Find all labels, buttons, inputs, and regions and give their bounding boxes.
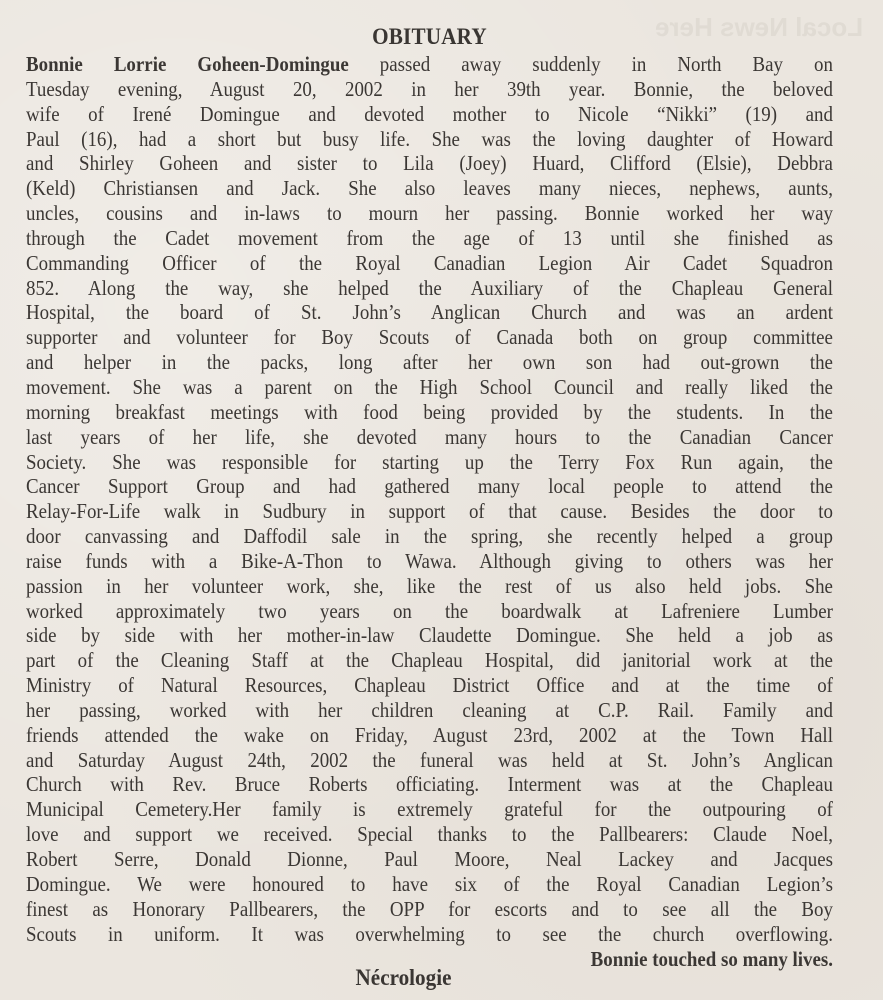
- article-line: last years of her life, she devoted many…: [26, 425, 833, 450]
- article-title: OBITUARY: [58, 22, 800, 52]
- obituary-article: OBITUARY Bonnie Lorrie Goheen-Domingue p…: [26, 22, 833, 972]
- article-line: Robert Serre, Donald Dionne, Paul Moore,…: [26, 847, 833, 872]
- article-line: Tuesday evening, August 20, 2002 in her …: [26, 77, 833, 102]
- article-line: Domingue. We were honoured to have six o…: [26, 872, 833, 897]
- deceased-name: Bonnie Lorrie Goheen-Domingue: [26, 52, 349, 76]
- article-line: Ministry of Natural Resources, Chapleau …: [26, 673, 833, 698]
- article-line: Cancer Support Group and had gathered ma…: [26, 474, 833, 499]
- next-section-title: Nécrologie: [32, 965, 774, 991]
- article-line: Municipal Cemetery.Her family is extreme…: [26, 797, 833, 822]
- article-line: Paul (16), had a short but busy life. Sh…: [26, 127, 833, 152]
- article-line: Commanding Officer of the Royal Canadian…: [26, 251, 833, 276]
- article-line: supporter and volunteer for Boy Scouts o…: [26, 325, 833, 350]
- article-line: and helper in the packs, long after her …: [26, 350, 833, 375]
- article-line: her passing, worked with her children cl…: [26, 698, 833, 723]
- article-line: Society. She was responsible for startin…: [26, 450, 833, 475]
- article-line: side by side with her mother-in-law Clau…: [26, 623, 833, 648]
- article-line: Church with Rev. Bruce Roberts officiati…: [26, 772, 833, 797]
- article-line: morning breakfast meetings with food bei…: [26, 400, 833, 425]
- article-line: part of the Cleaning Staff at the Chaple…: [26, 648, 833, 673]
- article-line: worked approximately two years on the bo…: [26, 599, 833, 624]
- article-line: and Shirley Goheen and sister to Lila (J…: [26, 151, 833, 176]
- article-line: (Keld) Christiansen and Jack. She also l…: [26, 176, 833, 201]
- article-line: love and support we received. Special th…: [26, 822, 833, 847]
- article-line: passion in her volunteer work, she, like…: [26, 574, 833, 599]
- article-line: Relay-For-Life walk in Sudbury in suppor…: [26, 499, 833, 524]
- article-line: wife of Irené Domingue and devoted mothe…: [26, 102, 833, 127]
- article-line: finest as Honorary Pallbearers, the OPP …: [26, 897, 833, 922]
- article-line: uncles, cousins and in-laws to mourn her…: [26, 201, 833, 226]
- article-line: raise funds with a Bike-A-Thon to Wawa. …: [26, 549, 833, 574]
- article-body: Bonnie Lorrie Goheen-Domingue passed awa…: [26, 52, 833, 946]
- article-line: door canvassing and Daffodil sale in the…: [26, 524, 833, 549]
- article-line: movement. She was a parent on the High S…: [26, 375, 833, 400]
- article-line: 852. Along the way, she helped the Auxil…: [26, 276, 833, 301]
- article-line: Hospital, the board of St. John’s Anglic…: [26, 300, 833, 325]
- article-line: and Saturday August 24th, 2002 the funer…: [26, 748, 833, 773]
- article-line: friends attended the wake on Friday, Aug…: [26, 723, 833, 748]
- article-line: Scouts in uniform. It was overwhelming t…: [26, 922, 833, 947]
- article-line: Bonnie Lorrie Goheen-Domingue passed awa…: [26, 52, 833, 77]
- article-line: through the Cadet movement from the age …: [26, 226, 833, 251]
